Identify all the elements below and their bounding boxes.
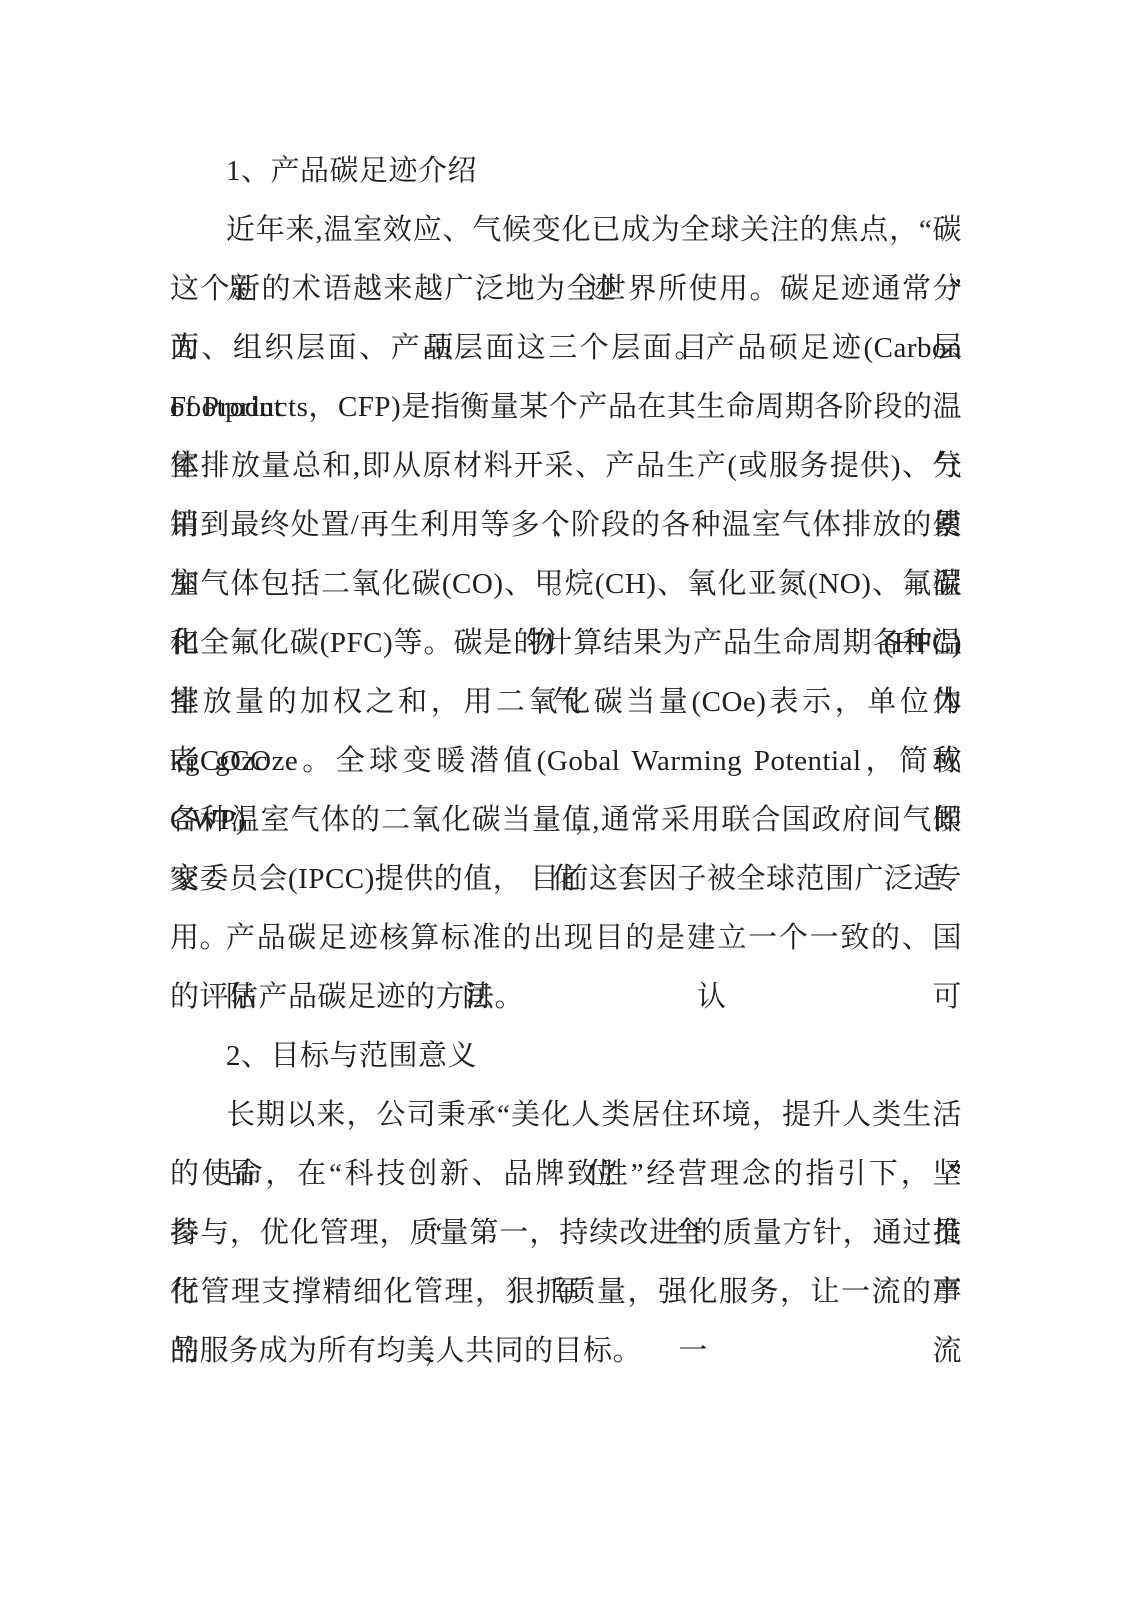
- text-line: 近年来,温室效应、气候变化已成为全球关注的焦点，“碳足迹”: [170, 201, 962, 260]
- text-line: 各种温室气体的二氧化碳当量值,通常采用联合国政府间气候变化专: [170, 791, 962, 850]
- document-page: 1、产品碳足迹介绍近年来,温室效应、气候变化已成为全球关注的焦点，“碳足迹”这个…: [0, 0, 1131, 1600]
- text-line: 2、目标与范围意义: [170, 1027, 962, 1086]
- text-line: 者 gCOze。全球变暖潜值(Gobal Warming Potential，简…: [170, 732, 962, 791]
- text-line: 面、组织层面、产品层面这三个层面。产品硕足迹(Carbon Footprint: [170, 319, 962, 378]
- text-line: 参与，优化管理，质量第一，持续改进”的质量方针，通过推行军事: [170, 1204, 962, 1263]
- text-line: 1、产品碳足迹介绍: [170, 142, 962, 201]
- text-line: 这个新的术语越来越广泛地为全世界所使用。碳足迹通常分为项目层: [170, 260, 962, 319]
- text-line: 化管理支撑精细化管理，狠抓质量，强化服务，让一流的产品，一流: [170, 1263, 962, 1322]
- text-line: 家委员会(IPCC)提供的值， 目前这套因子被全球范围广泛适用。: [170, 850, 962, 909]
- text-line: 排放量的加权之和，用二氧化碳当量(COe)表示，单位为 kgCOzc 或: [170, 673, 962, 732]
- document-body: 1、产品碳足迹介绍近年来,温室效应、气候变化已成为全球关注的焦点，“碳足迹”这个…: [170, 142, 962, 1381]
- text-line: 室气体包括二氧化碳(CO)、甲烷(CH)、氧化亚氮(NO)、氟碳化物(HFC): [170, 555, 962, 614]
- text-line: of Products，CFP)是指衡量某个产品在其生命周期各阶段的温室气: [170, 378, 962, 437]
- text-line: 的使命，在“科技创新、品牌致胜”经营理念的指引下，坚持“全员: [170, 1145, 962, 1204]
- text-line: 长期以来，公司秉承“美化人类居住环境，提升人类生活品位”: [170, 1086, 962, 1145]
- text-line: 产品碳足迹核算标准的出现目的是建立一个一致的、国际间认可: [170, 909, 962, 968]
- text-line: 用到最终处置/再生利用等多个阶段的各种温室气体排放的累加。温: [170, 496, 962, 555]
- text-line: 体排放量总和,即从原材料开采、产品生产(或服务提供)、分销、使: [170, 437, 962, 496]
- text-line: 和全氟化碳(PFC)等。碳是的计算结果为产品生命周期各种温室气体: [170, 614, 962, 673]
